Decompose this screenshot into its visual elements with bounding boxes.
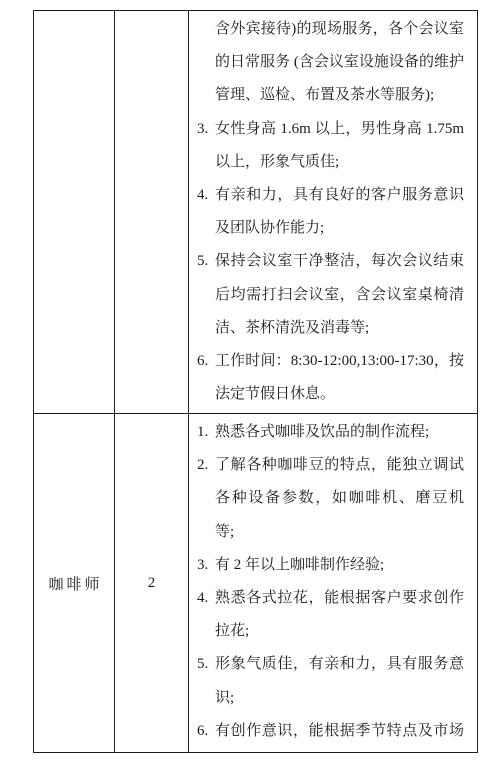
requirement-line: 形象气质佳，有亲和力，具有服务意 [215, 648, 464, 681]
item-number: 6. [197, 345, 208, 378]
item-number: 2. [197, 449, 208, 482]
position-label: 咖啡师 [45, 573, 102, 594]
requirement-line: 有亲和力，具有良好的客户服务意识 [215, 179, 464, 212]
item-number: 6. [197, 715, 208, 748]
item-number: 4. [197, 179, 208, 212]
requirement-line: 保持会议室干净整洁，每次会议结束 [215, 245, 464, 278]
headcount-value: 2 [148, 575, 156, 592]
requirement-line: 含外宾接待)的现场服务，各个会议室 [215, 13, 464, 46]
requirement-item: 3. 有 2 年以上咖啡制作经验; [189, 549, 464, 582]
requirement-line: 有创作意识，能根据季节特点及市场 [215, 715, 464, 748]
requirements-cell: 1. 熟悉各式咖啡及饮品的制作流程; 2. 了解各种咖啡豆的特点，能独立调试 各… [188, 413, 477, 752]
item-number: 1. [197, 416, 208, 449]
requirement-line: 及团队协作能力; [215, 212, 464, 245]
requirement-item: 1. 熟悉各式咖啡及饮品的制作流程; [189, 416, 464, 449]
headcount-cell: 2 [114, 413, 188, 752]
requirement-line: 洁、茶杯清洗及消毒等; [215, 312, 464, 345]
requirement-line: 工作时间：8:30-12:00,13:00-17:30，按 [215, 345, 464, 378]
requirement-item: 含外宾接待)的现场服务，各个会议室 的日常服务 (含会议室设施设备的维护 管理、… [189, 13, 464, 113]
requirement-line: 了解各种咖啡豆的特点，能独立调试 [215, 449, 464, 482]
requirement-item: 5. 保持会议室干净整洁，每次会议结束 后均需打扫会议室，含会议室桌椅清 洁、茶… [189, 245, 464, 345]
item-number: 5. [197, 648, 208, 681]
document-page: 含外宾接待)的现场服务，各个会议室 的日常服务 (含会议室设施设备的维护 管理、… [0, 0, 489, 766]
requirement-line: 各种设备参数，如咖啡机、磨豆机 [215, 482, 464, 515]
item-number: 5. [197, 245, 208, 278]
requirement-line: 有 2 年以上咖啡制作经验; [215, 549, 464, 582]
requirement-item: 6. 有创作意识，能根据季节特点及市场 [189, 715, 464, 748]
requirement-item: 4. 有亲和力，具有良好的客户服务意识 及团队协作能力; [189, 179, 464, 245]
requirement-line: 熟悉各式咖啡及饮品的制作流程; [215, 416, 464, 449]
requirement-line: 后均需打扫会议室，含会议室桌椅清 [215, 279, 464, 312]
requirements-cell: 含外宾接待)的现场服务，各个会议室 的日常服务 (含会议室设施设备的维护 管理、… [188, 11, 477, 413]
position-cell: 咖啡师 [34, 413, 114, 752]
job-requirements-table: 含外宾接待)的现场服务，各个会议室 的日常服务 (含会议室设施设备的维护 管理、… [33, 10, 478, 753]
requirement-line: 法定节假日休息。 [215, 378, 464, 411]
item-number: 3. [197, 113, 208, 146]
requirement-line: 等; [215, 516, 464, 549]
requirement-line: 以上，形象气质佳; [215, 146, 464, 179]
requirement-item: 3. 女性身高 1.6m 以上，男性身高 1.75m 以上，形象气质佳; [189, 113, 464, 179]
item-number: 4. [197, 582, 208, 615]
requirement-line: 识; [215, 682, 464, 715]
requirement-line: 拉花; [215, 615, 464, 648]
requirement-line: 管理、巡检、布置及茶水等服务); [215, 79, 464, 112]
requirement-line: 熟悉各式拉花，能根据客户要求创作 [215, 582, 464, 615]
requirement-item: 5. 形象气质佳，有亲和力，具有服务意 识; [189, 648, 464, 714]
requirement-item: 2. 了解各种咖啡豆的特点，能独立调试 各种设备参数，如咖啡机、磨豆机 等; [189, 449, 464, 549]
item-number: 3. [197, 549, 208, 582]
position-cell [34, 11, 114, 413]
requirement-item: 4. 熟悉各式拉花，能根据客户要求创作 拉花; [189, 582, 464, 648]
requirement-item: 6. 工作时间：8:30-12:00,13:00-17:30，按 法定节假日休息… [189, 345, 464, 411]
requirement-line: 女性身高 1.6m 以上，男性身高 1.75m [215, 113, 464, 146]
headcount-cell [114, 11, 188, 413]
requirement-line: 的日常服务 (含会议室设施设备的维护 [215, 46, 464, 79]
